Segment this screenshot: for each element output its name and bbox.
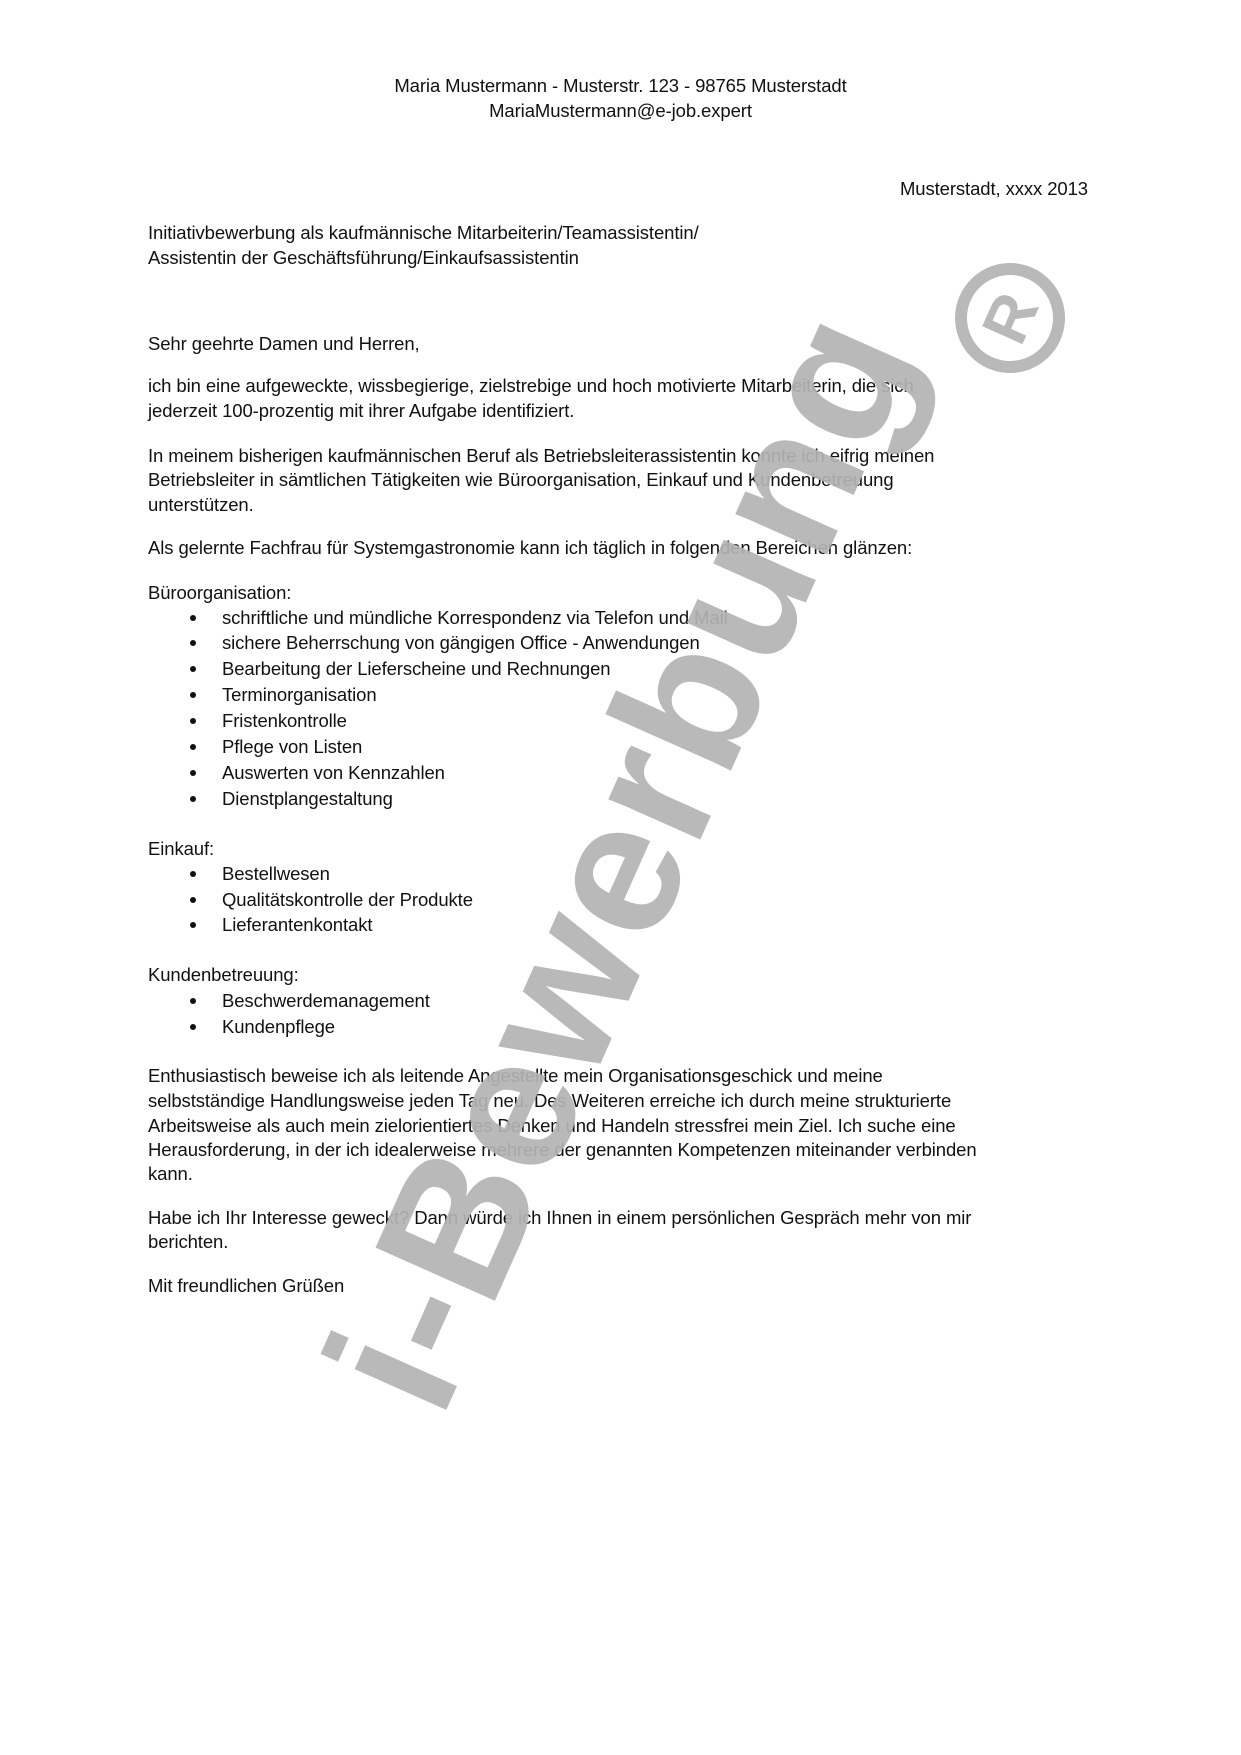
bullet-icon (190, 605, 200, 630)
paragraph-3-line: Als gelernte Fachfrau für Systemgastrono… (148, 535, 912, 560)
paragraph-4-line: kann. (148, 1161, 193, 1186)
bullet-icon (190, 760, 200, 785)
section-title-kundenbetreuung: Kundenbetreuung: (148, 962, 299, 987)
bullet-icon (190, 734, 200, 759)
paragraph-1-line: ich bin eine aufgeweckte, wissbegierige,… (148, 373, 914, 398)
bullet-icon (190, 682, 200, 707)
letter-content: Maria Mustermann - Musterstr. 123 - 9876… (0, 0, 1241, 1755)
bullet-icon (190, 887, 200, 912)
closing: Mit freundlichen Grüßen (148, 1273, 344, 1298)
bullet-icon (190, 630, 200, 655)
sender-address: Maria Mustermann - Musterstr. 123 - 9876… (0, 73, 1241, 98)
section-title-einkauf: Einkauf: (148, 836, 214, 861)
paragraph-2-line: Betriebsleiter in sämtlichen Tätigkeiten… (148, 467, 894, 492)
subject-line-2: Assistentin der Geschäftsführung/Einkauf… (148, 245, 579, 270)
paragraph-2-line: In meinem bisherigen kaufmännischen Beru… (148, 443, 934, 468)
list-item: Beschwerdemanagement (222, 988, 430, 1013)
salutation: Sehr geehrte Damen und Herren, (148, 331, 420, 356)
bullet-icon (190, 1014, 200, 1039)
list-item: Dienstplangestaltung (222, 786, 393, 811)
bullet-icon (190, 656, 200, 681)
list-item: schriftliche und mündliche Korrespondenz… (222, 605, 728, 630)
list-item: Pflege von Listen (222, 734, 362, 759)
list-item: Qualitätskontrolle der Produkte (222, 887, 473, 912)
list-item: Kundenpflege (222, 1014, 335, 1039)
bullet-icon (190, 912, 200, 937)
paragraph-5-line: Habe ich Ihr Interesse geweckt? Dann wür… (148, 1205, 971, 1230)
paragraph-4-line: Enthusiastisch beweise ich als leitende … (148, 1063, 883, 1088)
sender-email: MariaMustermann@e-job.expert (0, 98, 1241, 123)
paragraph-5-line: berichten. (148, 1229, 228, 1254)
section-title-bueroorganisation: Büroorganisation: (148, 580, 291, 605)
list-item: Terminorganisation (222, 682, 377, 707)
list-item: Auswerten von Kennzahlen (222, 760, 445, 785)
bullet-icon (190, 708, 200, 733)
paragraph-1-line: jederzeit 100-prozentig mit ihrer Aufgab… (148, 398, 574, 423)
bullet-icon (190, 786, 200, 811)
list-item: Bestellwesen (222, 861, 330, 886)
list-item: Fristenkontrolle (222, 708, 347, 733)
subject-line-1: Initiativbewerbung als kaufmännische Mit… (148, 220, 699, 245)
paragraph-4-line: selbstständige Handlungsweise jeden Tag … (148, 1088, 951, 1113)
date-line: Musterstadt, xxxx 2013 (900, 176, 1088, 201)
list-item: sichere Beherrschung von gängigen Office… (222, 630, 700, 655)
paragraph-4-line: Herausforderung, in der ich idealerweise… (148, 1137, 977, 1162)
list-item: Bearbeitung der Lieferscheine und Rechnu… (222, 656, 611, 681)
paragraph-2-line: unterstützen. (148, 492, 254, 517)
list-item: Lieferantenkontakt (222, 912, 372, 937)
letter-page: Maria Mustermann - Musterstr. 123 - 9876… (0, 0, 1241, 1755)
bullet-icon (190, 988, 200, 1013)
paragraph-4-line: Arbeitsweise als auch mein zielorientier… (148, 1113, 956, 1138)
bullet-icon (190, 861, 200, 886)
